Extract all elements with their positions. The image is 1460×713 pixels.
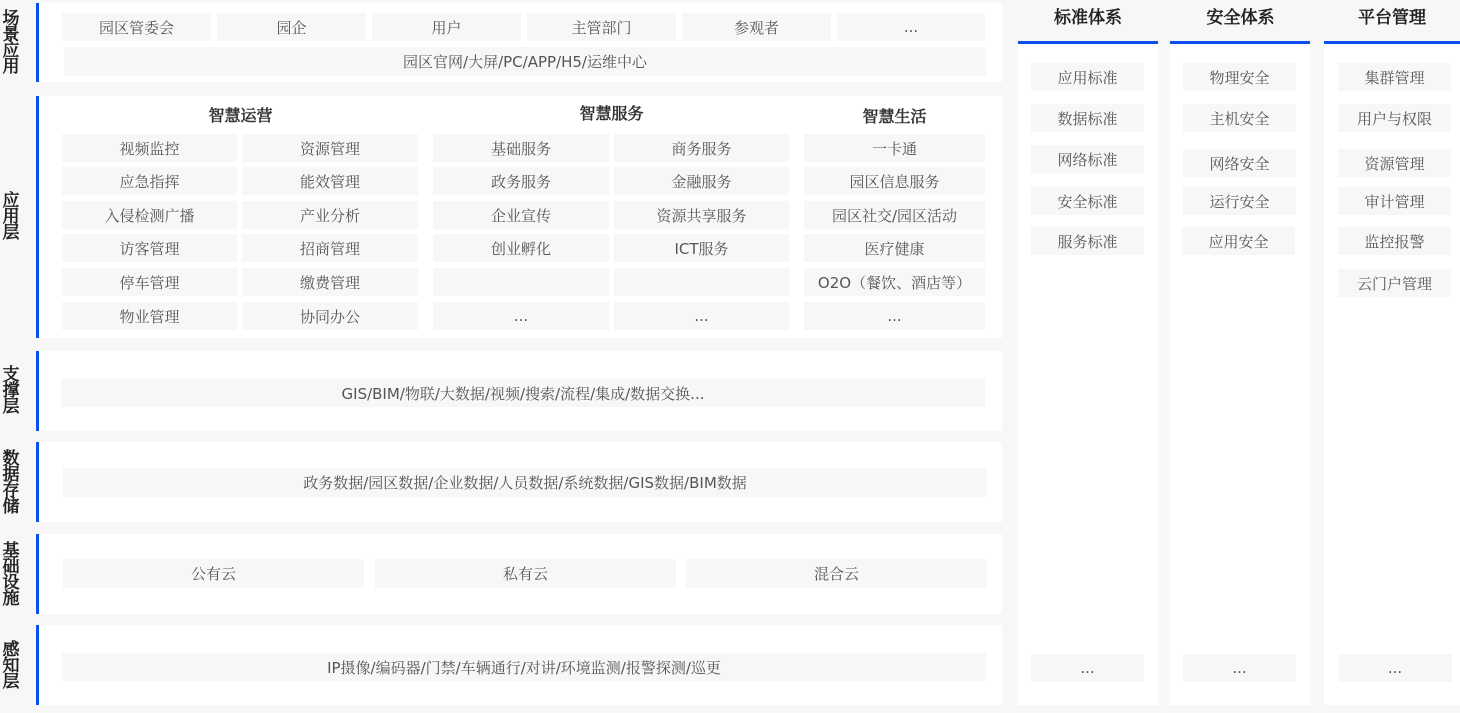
security-item[interactable]: 网络安全 bbox=[1183, 149, 1296, 177]
app-cell[interactable]: 医疗健康 bbox=[804, 234, 985, 262]
app-cell[interactable]: 一卡通 bbox=[804, 134, 985, 162]
app-cell[interactable]: 资源管理 bbox=[242, 134, 418, 162]
layer-label-perception: 感 知 层 bbox=[0, 626, 22, 706]
label-char: 层 bbox=[3, 399, 20, 415]
platform-item[interactable]: 监控报警 bbox=[1338, 227, 1451, 255]
app-cell[interactable]: ICT服务 bbox=[614, 234, 789, 262]
layer-label-support: 支 撑 层 bbox=[0, 352, 22, 430]
label-char: 储 bbox=[3, 499, 20, 515]
app-cell[interactable]: 基础服务 bbox=[433, 134, 609, 162]
app-cell[interactable]: 应急指挥 bbox=[62, 167, 237, 195]
side-title-standards: 标准体系 bbox=[1017, 3, 1159, 27]
infra-layer-card: 公有云 私有云 混合云 bbox=[36, 534, 1002, 614]
app-cell[interactable]: 园区信息服务 bbox=[804, 167, 985, 195]
app-cell[interactable]: 停车管理 bbox=[62, 268, 237, 296]
perception-cell[interactable]: IP摄像/编码器/门禁/车辆通行/对讲/环境监测/报警探测/巡更 bbox=[62, 653, 986, 681]
label-char: 层 bbox=[3, 674, 20, 690]
security-item[interactable]: 运行安全 bbox=[1183, 187, 1296, 215]
app-cell[interactable]: 视频监控 bbox=[62, 134, 237, 162]
app-cell[interactable]: 入侵检测广播 bbox=[62, 201, 237, 229]
app-cell[interactable]: 能效管理 bbox=[242, 167, 418, 195]
app-cell[interactable]: 资源共享服务 bbox=[614, 201, 789, 229]
app-cell[interactable] bbox=[433, 268, 609, 296]
app-cell[interactable]: 商务服务 bbox=[614, 134, 789, 162]
standard-item[interactable]: 应用标准 bbox=[1031, 63, 1144, 91]
cloud-cell-hybrid[interactable]: 混合云 bbox=[686, 559, 987, 588]
app-cell[interactable]: 缴费管理 bbox=[242, 268, 418, 296]
layer-label-application: 应 用 层 bbox=[0, 97, 22, 337]
app-cell[interactable]: 协同办公 bbox=[242, 302, 418, 330]
support-layer-card: GIS/BIM/物联/大数据/视频/搜索/流程/集成/数据交换... bbox=[36, 351, 1002, 431]
app-cell[interactable]: 企业宣传 bbox=[433, 201, 609, 229]
group-title-operation: 智慧运营 bbox=[62, 103, 419, 126]
app-cell[interactable]: 政务服务 bbox=[433, 167, 609, 195]
role-cell[interactable]: 园企 bbox=[217, 13, 366, 41]
app-cell[interactable]: 招商管理 bbox=[242, 234, 418, 262]
platform-item[interactable]: 集群管理 bbox=[1338, 63, 1451, 91]
standard-item[interactable]: 数据标准 bbox=[1031, 104, 1144, 132]
perception-layer-card: IP摄像/编码器/门禁/车辆通行/对讲/环境监测/报警探测/巡更 bbox=[36, 625, 1002, 705]
cloud-cell-public[interactable]: 公有云 bbox=[63, 559, 364, 588]
storage-layer-card: 政务数据/园区数据/企业数据/人员数据/系统数据/GIS数据/BIM数据 bbox=[36, 442, 1002, 522]
role-cell[interactable]: 园区管委会 bbox=[62, 13, 211, 41]
label-char: 施 bbox=[3, 591, 20, 607]
app-cell[interactable]: 访客管理 bbox=[62, 234, 237, 262]
layer-label-infra: 基 础 设 施 bbox=[0, 535, 22, 615]
role-cell[interactable]: 用户 bbox=[372, 13, 521, 41]
cloud-cell-private[interactable]: 私有云 bbox=[375, 559, 676, 588]
standard-item[interactable]: 服务标准 bbox=[1031, 227, 1144, 255]
platform-item[interactable]: 用户与权限 bbox=[1338, 104, 1451, 132]
layer-label-scene: 场 景 应 用 bbox=[0, 5, 22, 81]
role-cell[interactable]: 参观者 bbox=[682, 13, 831, 41]
standard-item[interactable]: 安全标准 bbox=[1031, 187, 1144, 215]
platform-column: 集群管理 用户与权限 资源管理 审计管理 监控报警 云门户管理 ... bbox=[1324, 41, 1460, 705]
storage-cell[interactable]: 政务数据/园区数据/企业数据/人员数据/系统数据/GIS数据/BIM数据 bbox=[63, 468, 987, 497]
standard-more[interactable]: ... bbox=[1031, 654, 1144, 682]
security-item[interactable]: 应用安全 bbox=[1182, 227, 1295, 255]
security-more[interactable]: ... bbox=[1183, 654, 1296, 682]
standard-item[interactable]: 网络标准 bbox=[1031, 145, 1144, 173]
security-item[interactable]: 物理安全 bbox=[1183, 63, 1296, 91]
app-cell[interactable]: ... bbox=[614, 302, 789, 330]
app-cell[interactable]: 产业分析 bbox=[242, 201, 418, 229]
channels-cell[interactable]: 园区官网/大屏/PC/APP/H5/运维中心 bbox=[64, 47, 986, 76]
security-column: 物理安全 主机安全 网络安全 运行安全 应用安全 ... bbox=[1170, 41, 1310, 705]
side-title-platform: 平台管理 bbox=[1324, 3, 1460, 27]
group-title-life: 智慧生活 bbox=[804, 104, 985, 127]
side-title-security: 安全体系 bbox=[1170, 3, 1311, 27]
group-title-service: 智慧服务 bbox=[433, 101, 790, 124]
app-cell[interactable]: O2O（餐饮、酒店等） bbox=[804, 268, 985, 296]
app-cell[interactable]: 物业管理 bbox=[62, 302, 237, 330]
security-item[interactable]: 主机安全 bbox=[1183, 104, 1296, 132]
standards-column: 应用标准 数据标准 网络标准 安全标准 服务标准 ... bbox=[1018, 41, 1158, 705]
app-cell[interactable] bbox=[614, 268, 789, 296]
support-cell[interactable]: GIS/BIM/物联/大数据/视频/搜索/流程/集成/数据交换... bbox=[61, 379, 985, 407]
app-cell[interactable]: 金融服务 bbox=[614, 167, 789, 195]
app-cell[interactable]: ... bbox=[804, 302, 985, 330]
platform-item[interactable]: 云门户管理 bbox=[1338, 269, 1451, 297]
platform-more[interactable]: ... bbox=[1338, 654, 1452, 682]
application-layer-card: 智慧运营 智慧服务 智慧生活 视频监控 应急指挥 入侵检测广播 访客管理 停车管… bbox=[36, 96, 1002, 338]
app-cell[interactable]: 园区社交/园区活动 bbox=[804, 201, 985, 229]
app-cell[interactable]: ... bbox=[433, 302, 609, 330]
label-char: 层 bbox=[3, 225, 20, 241]
scene-layer-card: 园区管委会 园企 用户 主管部门 参观者 ... 园区官网/大屏/PC/APP/… bbox=[36, 3, 1002, 82]
role-cell[interactable]: ... bbox=[837, 13, 985, 41]
role-cell[interactable]: 主管部门 bbox=[527, 13, 676, 41]
platform-item[interactable]: 审计管理 bbox=[1338, 187, 1451, 215]
app-cell[interactable]: 创业孵化 bbox=[433, 234, 609, 262]
platform-item[interactable]: 资源管理 bbox=[1338, 149, 1451, 177]
label-char: 用 bbox=[3, 59, 20, 75]
layer-label-storage: 数 据 存 储 bbox=[0, 443, 22, 523]
